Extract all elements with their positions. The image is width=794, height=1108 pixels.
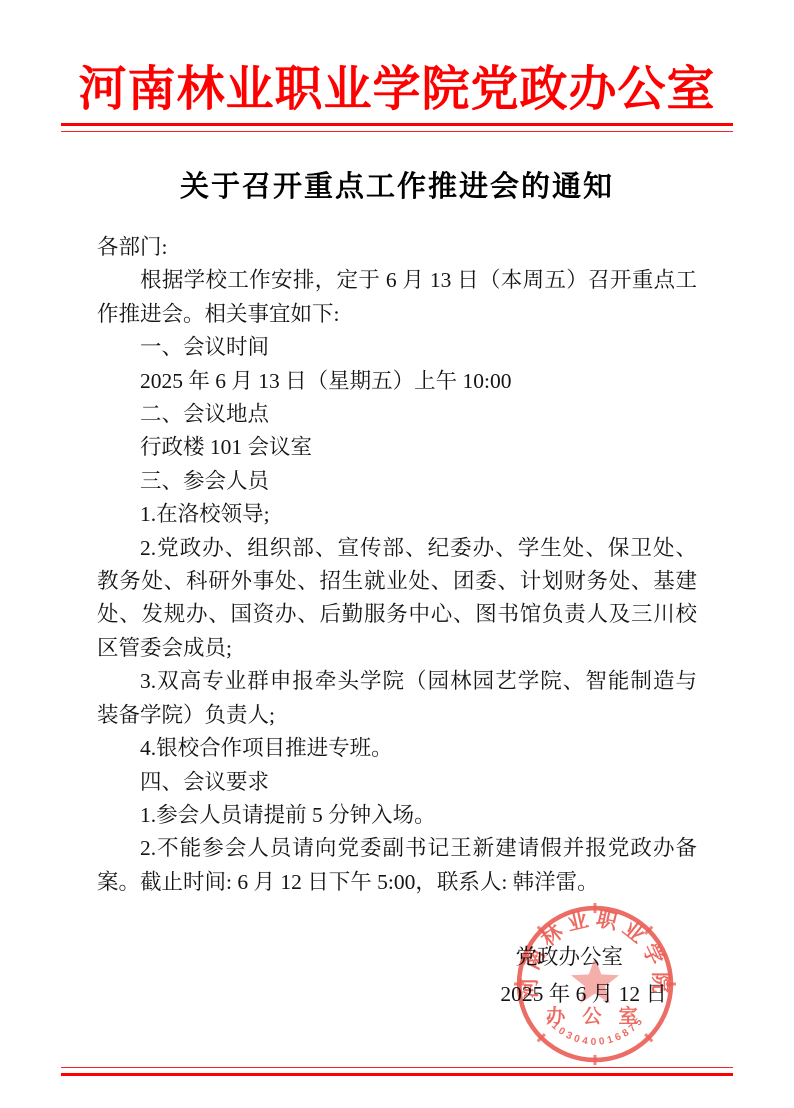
signature-office: 党政办公室	[515, 944, 623, 970]
body-line-section-3: 三、参会人员	[97, 465, 697, 498]
body-line-meeting-time: 2025 年 6 月 13 日（星期五）上午 10:00	[97, 365, 697, 398]
body-line-attendee-3: 3.双高专业群申报牵头学院（园林园艺学院、智能制造与	[97, 665, 697, 698]
body-line-section-1: 一、会议时间	[97, 331, 697, 364]
body-line-section-4: 四、会议要求	[97, 766, 697, 799]
header-divider-thin	[61, 131, 733, 132]
body-line-meeting-place: 行政楼 101 会议室	[97, 431, 697, 464]
body-line: 根据学校工作安排，定于 6 月 13 日（本周五）召开重点工	[97, 264, 697, 297]
body-line-section-2: 二、会议地点	[97, 398, 697, 431]
body-line: 区管委会成员;	[97, 632, 697, 665]
header-divider-thick	[61, 123, 733, 126]
body-line: 教务处、科研外事处、招生就业处、团委、计划财务处、基建	[97, 565, 697, 598]
notice-body: 各部门: 根据学校工作安排，定于 6 月 13 日（本周五）召开重点工 作推进会…	[97, 231, 697, 899]
notice-title: 关于召开重点工作推进会的通知	[0, 164, 794, 205]
body-line: 装备学院）负责人;	[97, 699, 697, 732]
footer-divider-thick	[61, 1073, 733, 1076]
signature-date: 2025 年 6 月 12 日	[500, 981, 667, 1007]
body-line-rule-2: 2.不能参会人员请向党委副书记王新建请假并报党政办备	[97, 832, 697, 865]
footer-divider-thin	[61, 1067, 733, 1068]
seal-code-text: 4103040016875	[543, 1014, 647, 1048]
body-line-salutation: 各部门:	[97, 231, 697, 264]
body-line: 处、发规办、国资办、后勤服务中心、图书馆负责人及三川校	[97, 598, 697, 631]
body-line: 案。截止时间: 6 月 12 日下午 5:00，联系人: 韩洋雷。	[97, 866, 697, 899]
body-line-attendee-1: 1.在洛校领导;	[97, 498, 697, 531]
body-line-attendee-4: 4.银校合作项目推进专班。	[97, 732, 697, 765]
body-line-rule-1: 1.参会人员请提前 5 分钟入场。	[97, 799, 697, 832]
red-header-title: 河南林业职业学院党政办公室	[0, 50, 794, 119]
document-page: 河南林业职业学院党政办公室 关于召开重点工作推进会的通知 各部门: 根据学校工作…	[0, 0, 794, 1108]
seal-office-text: 办 公 室	[546, 1004, 644, 1027]
body-line-attendee-2: 2.党政办、组织部、宣传部、纪委办、学生处、保卫处、	[97, 532, 697, 565]
body-line: 作推进会。相关事宜如下:	[97, 298, 697, 331]
